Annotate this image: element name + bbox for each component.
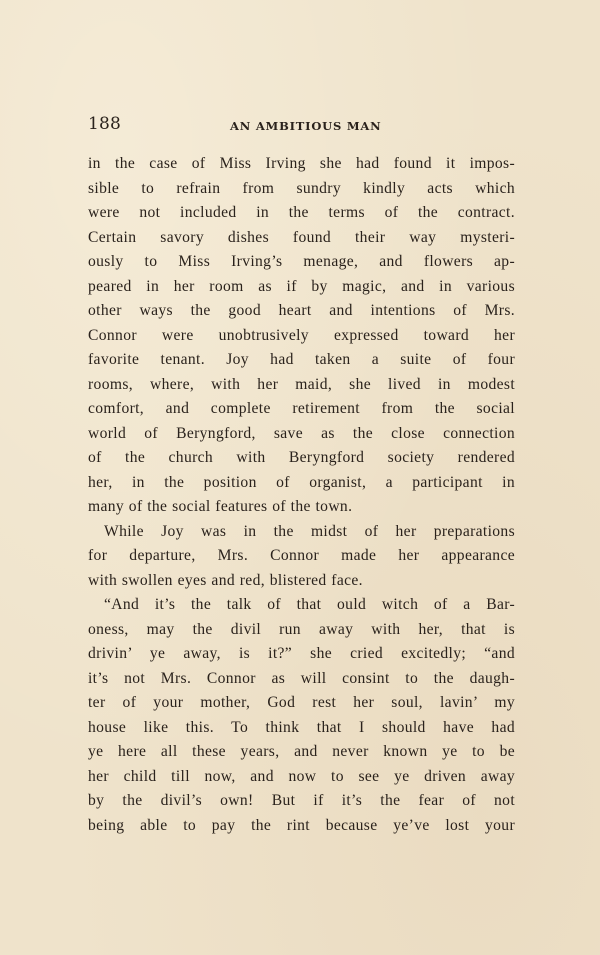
text-line: her, in the position of organist, a part… [88,471,515,496]
text-line: “And it’s the talk of that ould witch of… [88,593,515,618]
text-line: comfort, and complete retirement from th… [88,397,515,422]
text-line: house like this. To think that I should … [88,716,515,741]
text-line: in the case of Miss Irving she had found… [88,152,515,177]
text-line: her child till now, and now to see ye dr… [88,765,515,790]
text-line: drivin’ ye away, is it?” she cried excit… [88,642,515,667]
text-line: Connor were unobtrusively expressed towa… [88,324,515,349]
text-line: being able to pay the rint because ye’ve… [88,814,515,839]
text-line: for departure, Mrs. Connor made her appe… [88,544,515,569]
text-line: many of the social features of the town. [88,495,515,520]
text-line: it’s not Mrs. Connor as will consint to … [88,667,515,692]
text-line: with swollen eyes and red, blistered fac… [88,569,515,594]
text-line: ously to Miss Irving’s menage, and flowe… [88,250,515,275]
text-line: by the divil’s own! But if it’s the fear… [88,789,515,814]
body-text: in the case of Miss Irving she had found… [88,152,515,838]
text-line: ye here all these years, and never known… [88,740,515,765]
text-line: were not included in the terms of the co… [88,201,515,226]
page-number: 188 [88,114,121,134]
text-line: ter of your mother, God rest her soul, l… [88,691,515,716]
text-line: of the church with Beryngford society re… [88,446,515,471]
running-title: AN AMBITIOUS MAN [230,119,381,133]
text-line: favorite tenant. Joy had taken a suite o… [88,348,515,373]
text-line: rooms, where, with her maid, she lived i… [88,373,515,398]
text-line: other ways the good heart and intentions… [88,299,515,324]
text-line: Certain savory dishes found their way my… [88,226,515,251]
book-page: 188 AN AMBITIOUS MAN in the case of Miss… [0,0,600,955]
text-line: world of Beryngford, save as the close c… [88,422,515,447]
text-line: sible to refrain from sundry kindly acts… [88,177,515,202]
text-line: peared in her room as if by magic, and i… [88,275,515,300]
text-line: oness, may the divil run away with her, … [88,618,515,643]
running-head: 188 AN AMBITIOUS MAN [88,114,515,138]
text-line: While Joy was in the midst of her prepar… [88,520,515,545]
